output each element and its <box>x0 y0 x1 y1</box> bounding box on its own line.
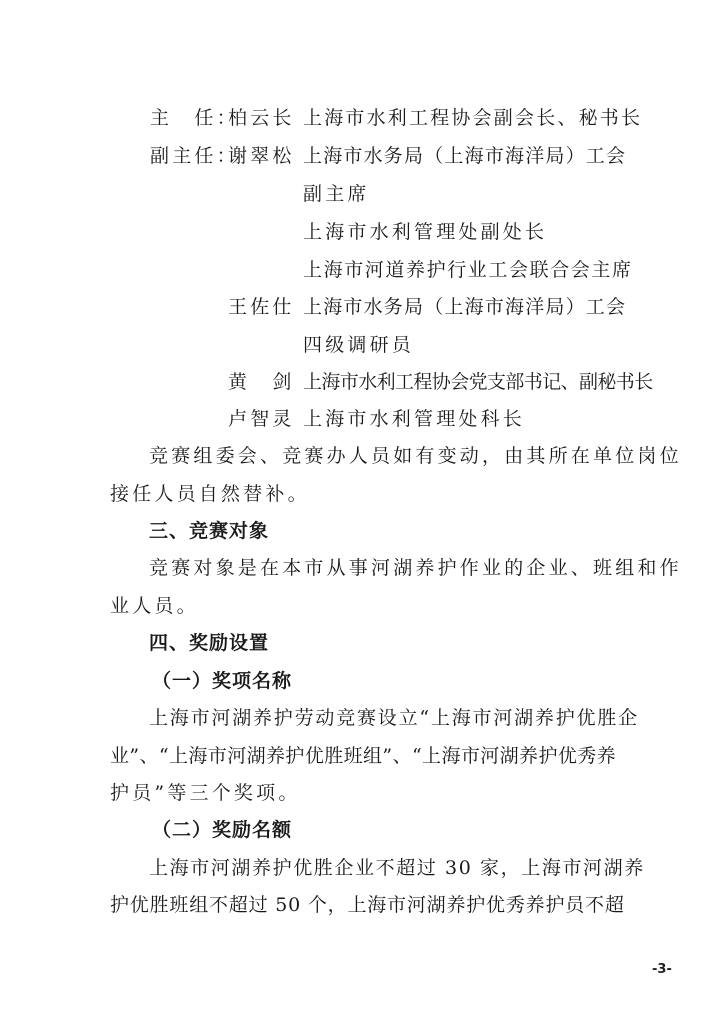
roster-name-deputy: 卢智灵 <box>228 407 295 431</box>
paragraph-line: 业”、“上海市河湖养护优胜班组”、“上海市河湖养护优秀养 <box>110 744 616 768</box>
roster-title: 四级调研员 <box>303 333 414 357</box>
roster-title: 副主席 <box>303 182 370 206</box>
paragraph-line: 护员”等三个奖项。 <box>110 781 301 805</box>
paragraph-line: 护优胜班组不超过 50 个，上海市河湖养护优秀养护员不超 <box>110 893 625 917</box>
roster-label-director: 主 任： <box>150 106 239 130</box>
subsection-heading: （一）奖项名称 <box>152 669 292 693</box>
subsection-heading: （二）奖励名额 <box>152 818 292 842</box>
roster-name-deputy: 谢翠松 <box>228 144 295 168</box>
roster-title: 上海市水利工程协会党支部书记、副秘书长 <box>303 370 653 394</box>
paragraph-line: 竞赛组委会、竞赛办人员如有变动，由其所在单位岗位 <box>149 444 682 468</box>
paragraph-line: 接任人员自然替补。 <box>110 482 310 506</box>
roster-title: 上海市河道养护行业工会联合会主席 <box>303 258 633 282</box>
roster-title: 上海市水务局（上海市海洋局）工会 <box>303 144 626 168</box>
roster-title: 上海市水利管理处科长 <box>303 407 525 431</box>
section-heading: 四、奖励设置 <box>149 631 269 655</box>
roster-title: 上海市水利管理处副处长 <box>303 220 547 244</box>
page-number: -3- <box>652 962 672 977</box>
roster-name-deputy: 黄 剑 <box>228 370 295 394</box>
paragraph-line: 业人员。 <box>110 594 199 618</box>
roster-title: 上海市水利工程协会副会长、秘书长 <box>303 106 642 130</box>
document-page: 主 任： 柏云长 上海市水利工程协会副会长、秘书长 副主任： 谢翠松 上海市水务… <box>0 0 724 1024</box>
roster-title: 上海市水务局（上海市海洋局）工会 <box>303 295 626 319</box>
roster-name-deputy: 王佐仕 <box>228 295 295 319</box>
paragraph-line: 竞赛对象是在本市从事河湖养护作业的企业、班组和作 <box>149 556 682 580</box>
roster-label-deputy: 副主任： <box>150 144 239 168</box>
section-heading: 三、竞赛对象 <box>149 519 269 543</box>
paragraph-line: 上海市河湖养护劳动竞赛设立“上海市河湖养护优胜企 <box>149 706 639 730</box>
paragraph-line: 上海市河湖养护优胜企业不超过 30 家，上海市河湖养 <box>149 856 645 880</box>
roster-name-director: 柏云长 <box>228 106 295 130</box>
